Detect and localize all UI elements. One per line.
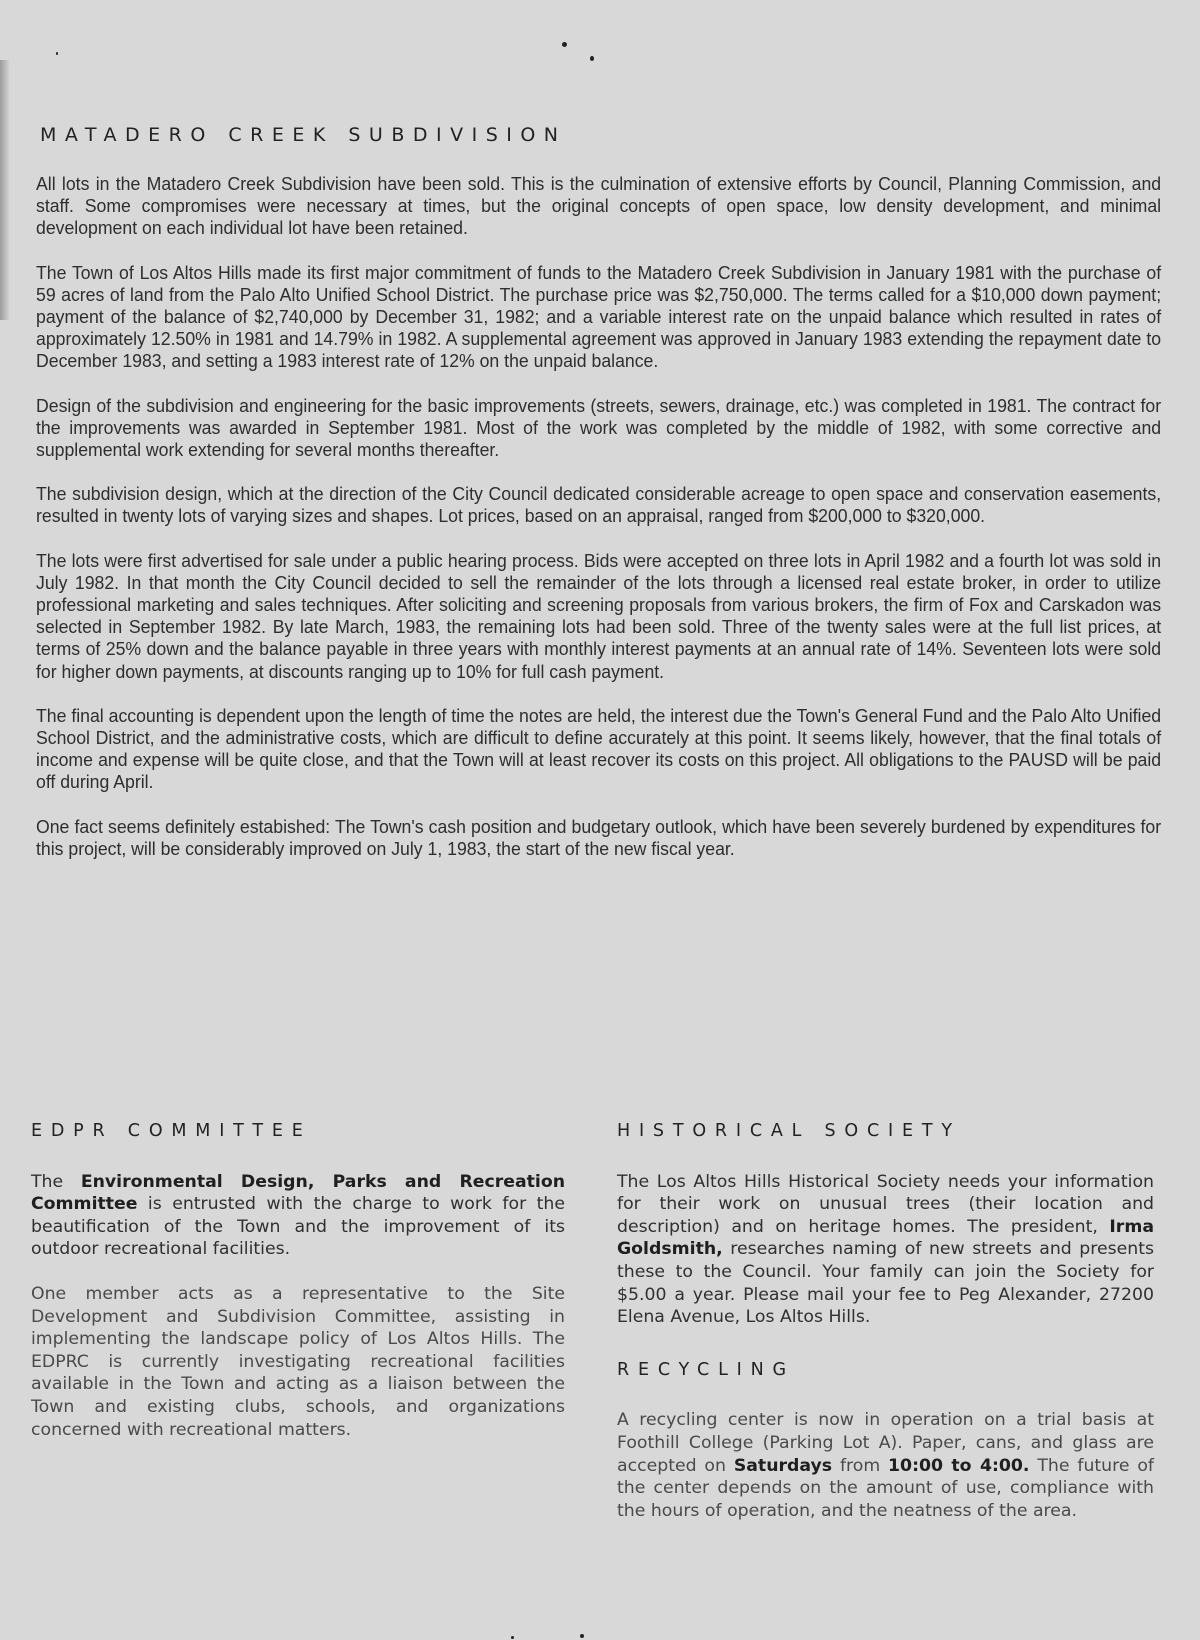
- edpr-text: The: [31, 1172, 81, 1192]
- scan-speck: [580, 1634, 584, 1638]
- scan-edge-shadow: [0, 60, 10, 320]
- edpr-committee-column: EDPR COMMITTEE The Environmental Design,…: [31, 1120, 565, 1463]
- section-title-edpr: EDPR COMMITTEE: [31, 1120, 565, 1143]
- edpr-paragraph: The Environmental Design, Parks and Recr…: [31, 1171, 565, 1261]
- recycling-hours: 10:00 to 4:00.: [888, 1456, 1029, 1476]
- article-paragraph: The lots were first advertised for sale …: [36, 550, 1161, 683]
- section-title-matadero: MATADERO CREEK SUBDIVISION: [40, 124, 567, 146]
- section-title-recycling: RECYCLING: [617, 1359, 1154, 1382]
- article-paragraph: Design of the subdivision and engineerin…: [36, 395, 1161, 462]
- scan-speck: [562, 42, 567, 47]
- edpr-paragraph: One member acts as a representative to t…: [31, 1283, 565, 1441]
- historical-text: The Los Altos Hills Historical Society n…: [617, 1172, 1154, 1237]
- article-paragraph: One fact seems definitely estabished: Th…: [36, 816, 1161, 860]
- article-paragraph: The subdivision design, which at the dir…: [36, 483, 1161, 527]
- scan-speck: [511, 1636, 514, 1639]
- matadero-article-body: All lots in the Matadero Creek Subdivisi…: [36, 173, 1161, 882]
- section-title-historical-society: HISTORICAL SOCIETY: [617, 1120, 1154, 1143]
- recycling-paragraph: A recycling center is now in operation o…: [617, 1409, 1154, 1522]
- recycling-day: Saturdays: [734, 1456, 832, 1476]
- article-paragraph: All lots in the Matadero Creek Subdivisi…: [36, 173, 1161, 240]
- scan-speck: [56, 52, 58, 55]
- article-paragraph: The final accounting is dependent upon t…: [36, 705, 1161, 794]
- article-paragraph: The Town of Los Altos Hills made its fir…: [36, 262, 1161, 373]
- historical-paragraph: The Los Altos Hills Historical Society n…: [617, 1171, 1154, 1329]
- right-column: HISTORICAL SOCIETY The Los Altos Hills H…: [617, 1120, 1154, 1544]
- recycling-text: from: [832, 1456, 888, 1476]
- scan-speck: [590, 56, 594, 61]
